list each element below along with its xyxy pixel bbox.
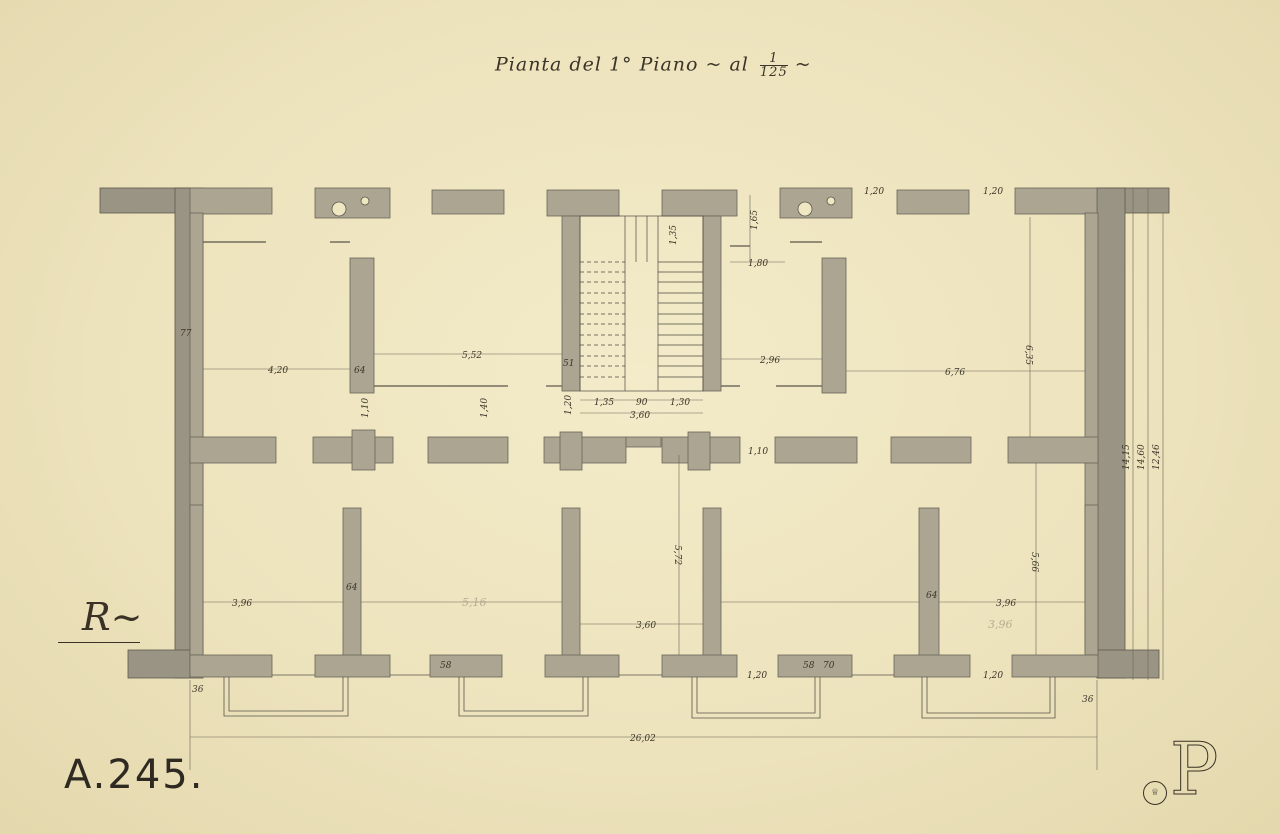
- dim-stair-total: 3,60: [630, 411, 650, 421]
- room-marker-underline: [58, 642, 140, 643]
- dim-upper-left-width: 4,20: [267, 366, 288, 376]
- dim-wall-inner: 64: [354, 366, 366, 376]
- dim-bottom-gap-1: 1,20: [747, 671, 767, 681]
- dim-lower-center-depth: 5,72: [672, 545, 682, 565]
- monogram: P: [1170, 733, 1218, 805]
- dim-lower-left-width: 3,96: [232, 599, 252, 609]
- dim-plinth-right: 36: [1082, 695, 1094, 705]
- dim-overall-length: 26,02: [629, 734, 656, 744]
- dim-small-room-width: 1,80: [748, 259, 768, 269]
- dim-plinth-left: 36: [192, 685, 204, 695]
- dim-upper-second-width: 5,52: [462, 351, 482, 361]
- drawing-sheet: Pianta del 1° Piano ~ al 1 125 ~: [0, 0, 1280, 834]
- dim-small-room-depth: 1,65: [750, 210, 760, 230]
- dim-wall-inner-lower-right: 64: [926, 591, 938, 601]
- archive-reference: A.245.: [64, 752, 204, 798]
- dim-wall-bottom-c: 58: [803, 661, 815, 671]
- dim-lower-right-depth: 5,66: [1029, 552, 1039, 572]
- floor-plan: 4,20 5,52 2,96 6,76 6,35 1,35 90 1,30 3,…: [0, 0, 1280, 834]
- dim-stair-landing: 1,20: [564, 395, 574, 415]
- room-marker: R~: [82, 595, 142, 639]
- dim-stair-right: 1,30: [670, 398, 690, 408]
- dim-lower-right-width-faint: 3,96: [988, 618, 1013, 631]
- dim-stair-top: 1,35: [669, 225, 679, 245]
- dim-door-b: 1,40: [480, 398, 490, 418]
- dim-lower-second-width: 5,16: [462, 596, 487, 609]
- dim-top-gap-2: 1,20: [983, 187, 1003, 197]
- dimension-lines: [190, 188, 1163, 770]
- dim-upper-small-width: 2,96: [759, 356, 780, 366]
- dim-corridor-door: 1,10: [748, 447, 768, 457]
- interior-walls: [190, 188, 1098, 678]
- dim-wall-bottom-b: 70: [823, 661, 835, 671]
- dim-wall-bottom-a: 58: [440, 661, 452, 671]
- dim-overall-depth-1: 14,15: [1122, 444, 1132, 470]
- dim-stair-well: 90: [636, 398, 648, 408]
- staircase: [580, 216, 703, 391]
- dim-wall-outer: 77: [180, 329, 192, 339]
- dim-upper-right-width: 6,76: [945, 368, 965, 378]
- dim-door-a: 1,10: [361, 398, 371, 418]
- dim-wall-stair: 51: [563, 359, 574, 369]
- dim-bottom-gap-2: 1,20: [983, 671, 1003, 681]
- dim-stair-left: 1,35: [594, 398, 614, 408]
- dim-lower-center-width: 3,60: [636, 621, 656, 631]
- dim-overall-depth-3: 12,46: [1152, 444, 1162, 470]
- crown-stamp-icon: ♕: [1143, 781, 1167, 805]
- dim-top-gap-1: 1,20: [864, 187, 884, 197]
- dim-lower-right-width: 3,96: [996, 599, 1016, 609]
- dim-wall-inner-lower: 64: [346, 583, 358, 593]
- dim-upper-right-depth: 6,35: [1023, 345, 1033, 365]
- dim-overall-depth-2: 14,60: [1137, 444, 1147, 470]
